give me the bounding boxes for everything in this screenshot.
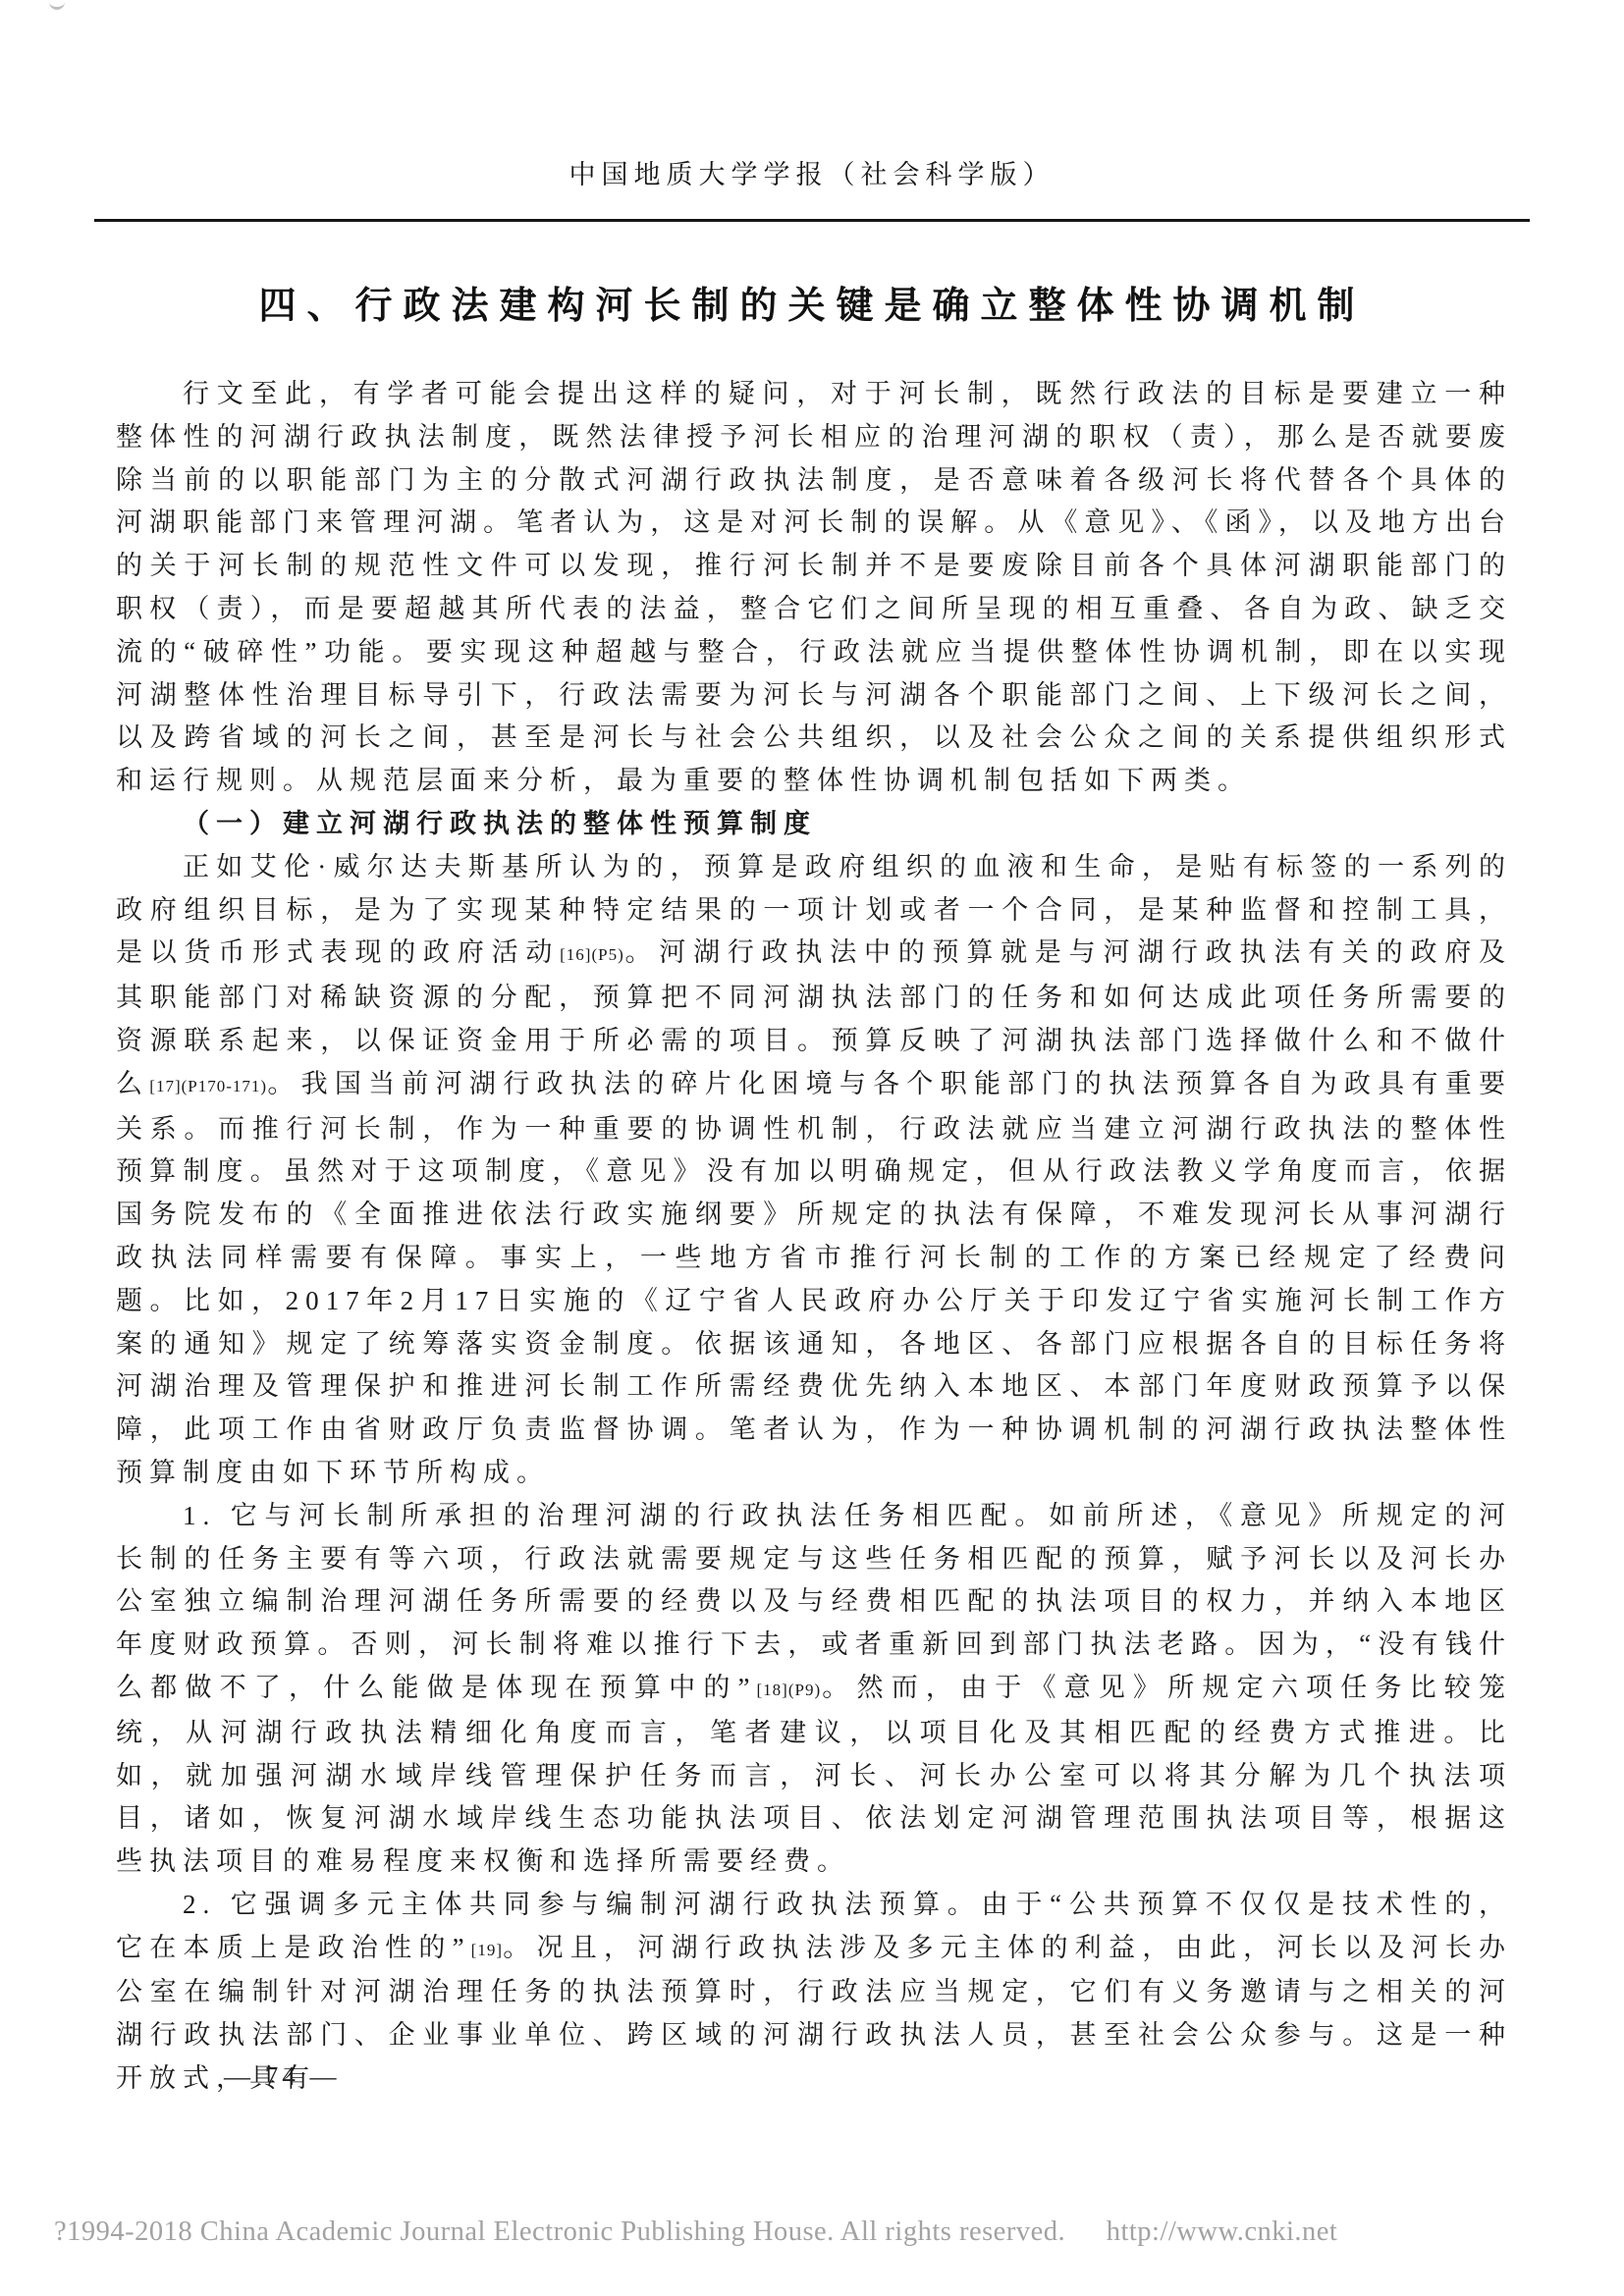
text-run: （一）建立河湖行政执法的整体性预算制度 [183, 809, 817, 838]
footer-copyright-text: ?1994-2018 China Academic Journal Electr… [54, 2216, 1065, 2247]
citation-marker: [19] [471, 1941, 503, 1959]
text-run: 行文至此，有学者可能会提出这样的疑问，对于河长制，既然行政法的目标是要建立一种整… [116, 379, 1512, 795]
body-paragraph: 正如艾伦·威尔达夫斯基所认为的，预算是政府组织的血液和生命，是贴有标签的一系列的… [116, 846, 1512, 1495]
footer-copyright: ?1994-2018 China Academic Journal Electr… [54, 2216, 1586, 2248]
text-run: 。然而，由于《意见》所规定六项任务比较笼统，从河湖行政执法精细化角度而言，笔者建… [116, 1673, 1512, 1876]
page-number: — 74 — [224, 2061, 341, 2092]
header-divider-rule [94, 219, 1530, 222]
journal-name-header: 中国地质大学学报（社会科学版） [0, 153, 1624, 191]
section-subheading: （一）建立河湖行政执法的整体性预算制度 [116, 803, 1512, 846]
article-body: 行文至此，有学者可能会提出这样的疑问，对于河长制，既然行政法的目标是要建立一种整… [116, 373, 1512, 2101]
section-title: 四、行政法建构河长制的关键是确立整体性协调机制 [0, 275, 1624, 329]
body-paragraph: 行文至此，有学者可能会提出这样的疑问，对于河长制，既然行政法的目标是要建立一种整… [116, 373, 1512, 803]
body-paragraph: 1. 它与河长制所承担的治理河湖的行政执法任务相匹配。如前所述，《意见》所规定的… [116, 1495, 1512, 1884]
citation-marker: [18](P9) [757, 1681, 822, 1699]
citation-marker: [16](P5) [560, 945, 624, 964]
footer-url: http://www.cnki.net [1107, 2216, 1338, 2247]
scan-artifact [49, 0, 65, 10]
citation-marker: [17](P170-171) [149, 1077, 267, 1095]
text-run: 。我国当前河湖行政执法的碎片化困境与各个职能部门的执法预算各自为政具有重要关系。… [116, 1069, 1512, 1487]
journal-page: 中国地质大学学报（社会科学版） 四、行政法建构河长制的关键是确立整体性协调机制 … [0, 0, 1624, 2296]
